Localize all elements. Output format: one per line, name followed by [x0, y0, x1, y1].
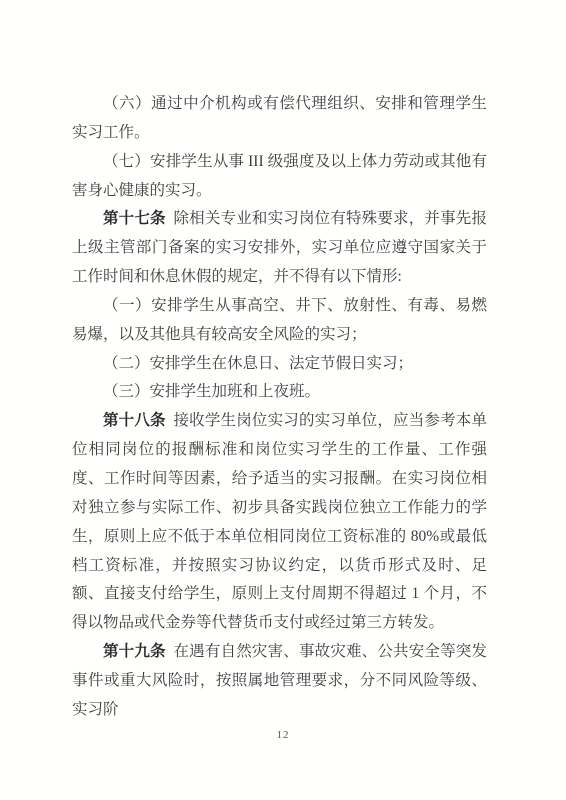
article-number: 第十七条 [103, 210, 166, 227]
paragraph-text: （二）安排学生在休息日、法定节假日实习； [103, 355, 413, 372]
paragraph-text: （七）安排学生从事 III 级强度及以上体力劳动或其他有害身心健康的实习。 [72, 153, 487, 199]
paragraph: （六）通过中介机构或有偿代理组织、安排和管理学生实习工作。 [72, 90, 487, 148]
paragraph-text: （三）安排学生加班和上夜班。 [103, 383, 320, 400]
paragraph: （一）安排学生从事高空、井下、放射性、有毒、易燃易爆，以及其他具有较高安全风险的… [72, 292, 487, 350]
paragraph: 第十七条除相关专业和实习岗位有特殊要求，并事先报上级主管部门备案的实习安排外，实… [72, 205, 487, 292]
paragraph-text: （六）通过中介机构或有偿代理组织、安排和管理学生实习工作。 [72, 95, 487, 141]
document-page: （六）通过中介机构或有偿代理组织、安排和管理学生实习工作。（七）安排学生从事 I… [0, 0, 566, 800]
page-body: （六）通过中介机构或有偿代理组织、安排和管理学生实习工作。（七）安排学生从事 I… [72, 90, 487, 725]
paragraph: 第十九条在遇有自然灾害、事故灾难、公共安全等突发事件或重大风险时，按照属地管理要… [72, 638, 487, 725]
paragraph: （二）安排学生在休息日、法定节假日实习； [72, 350, 487, 379]
paragraph-text: 接收学生岗位实习的实习单位，应当参考本单位相同岗位的报酬标准和岗位实习学生的工作… [72, 412, 487, 631]
paragraph: 第十八条接收学生岗位实习的实习单位，应当参考本单位相同岗位的报酬标准和岗位实习学… [72, 407, 487, 638]
paragraph: （三）安排学生加班和上夜班。 [72, 378, 487, 407]
article-number: 第十九条 [103, 643, 166, 660]
page-number: 12 [0, 728, 566, 742]
paragraph: （七）安排学生从事 III 级强度及以上体力劳动或其他有害身心健康的实习。 [72, 148, 487, 206]
article-number: 第十八条 [103, 412, 166, 429]
paragraph-text: （一）安排学生从事高空、井下、放射性、有毒、易燃易爆，以及其他具有较高安全风险的… [72, 297, 487, 343]
